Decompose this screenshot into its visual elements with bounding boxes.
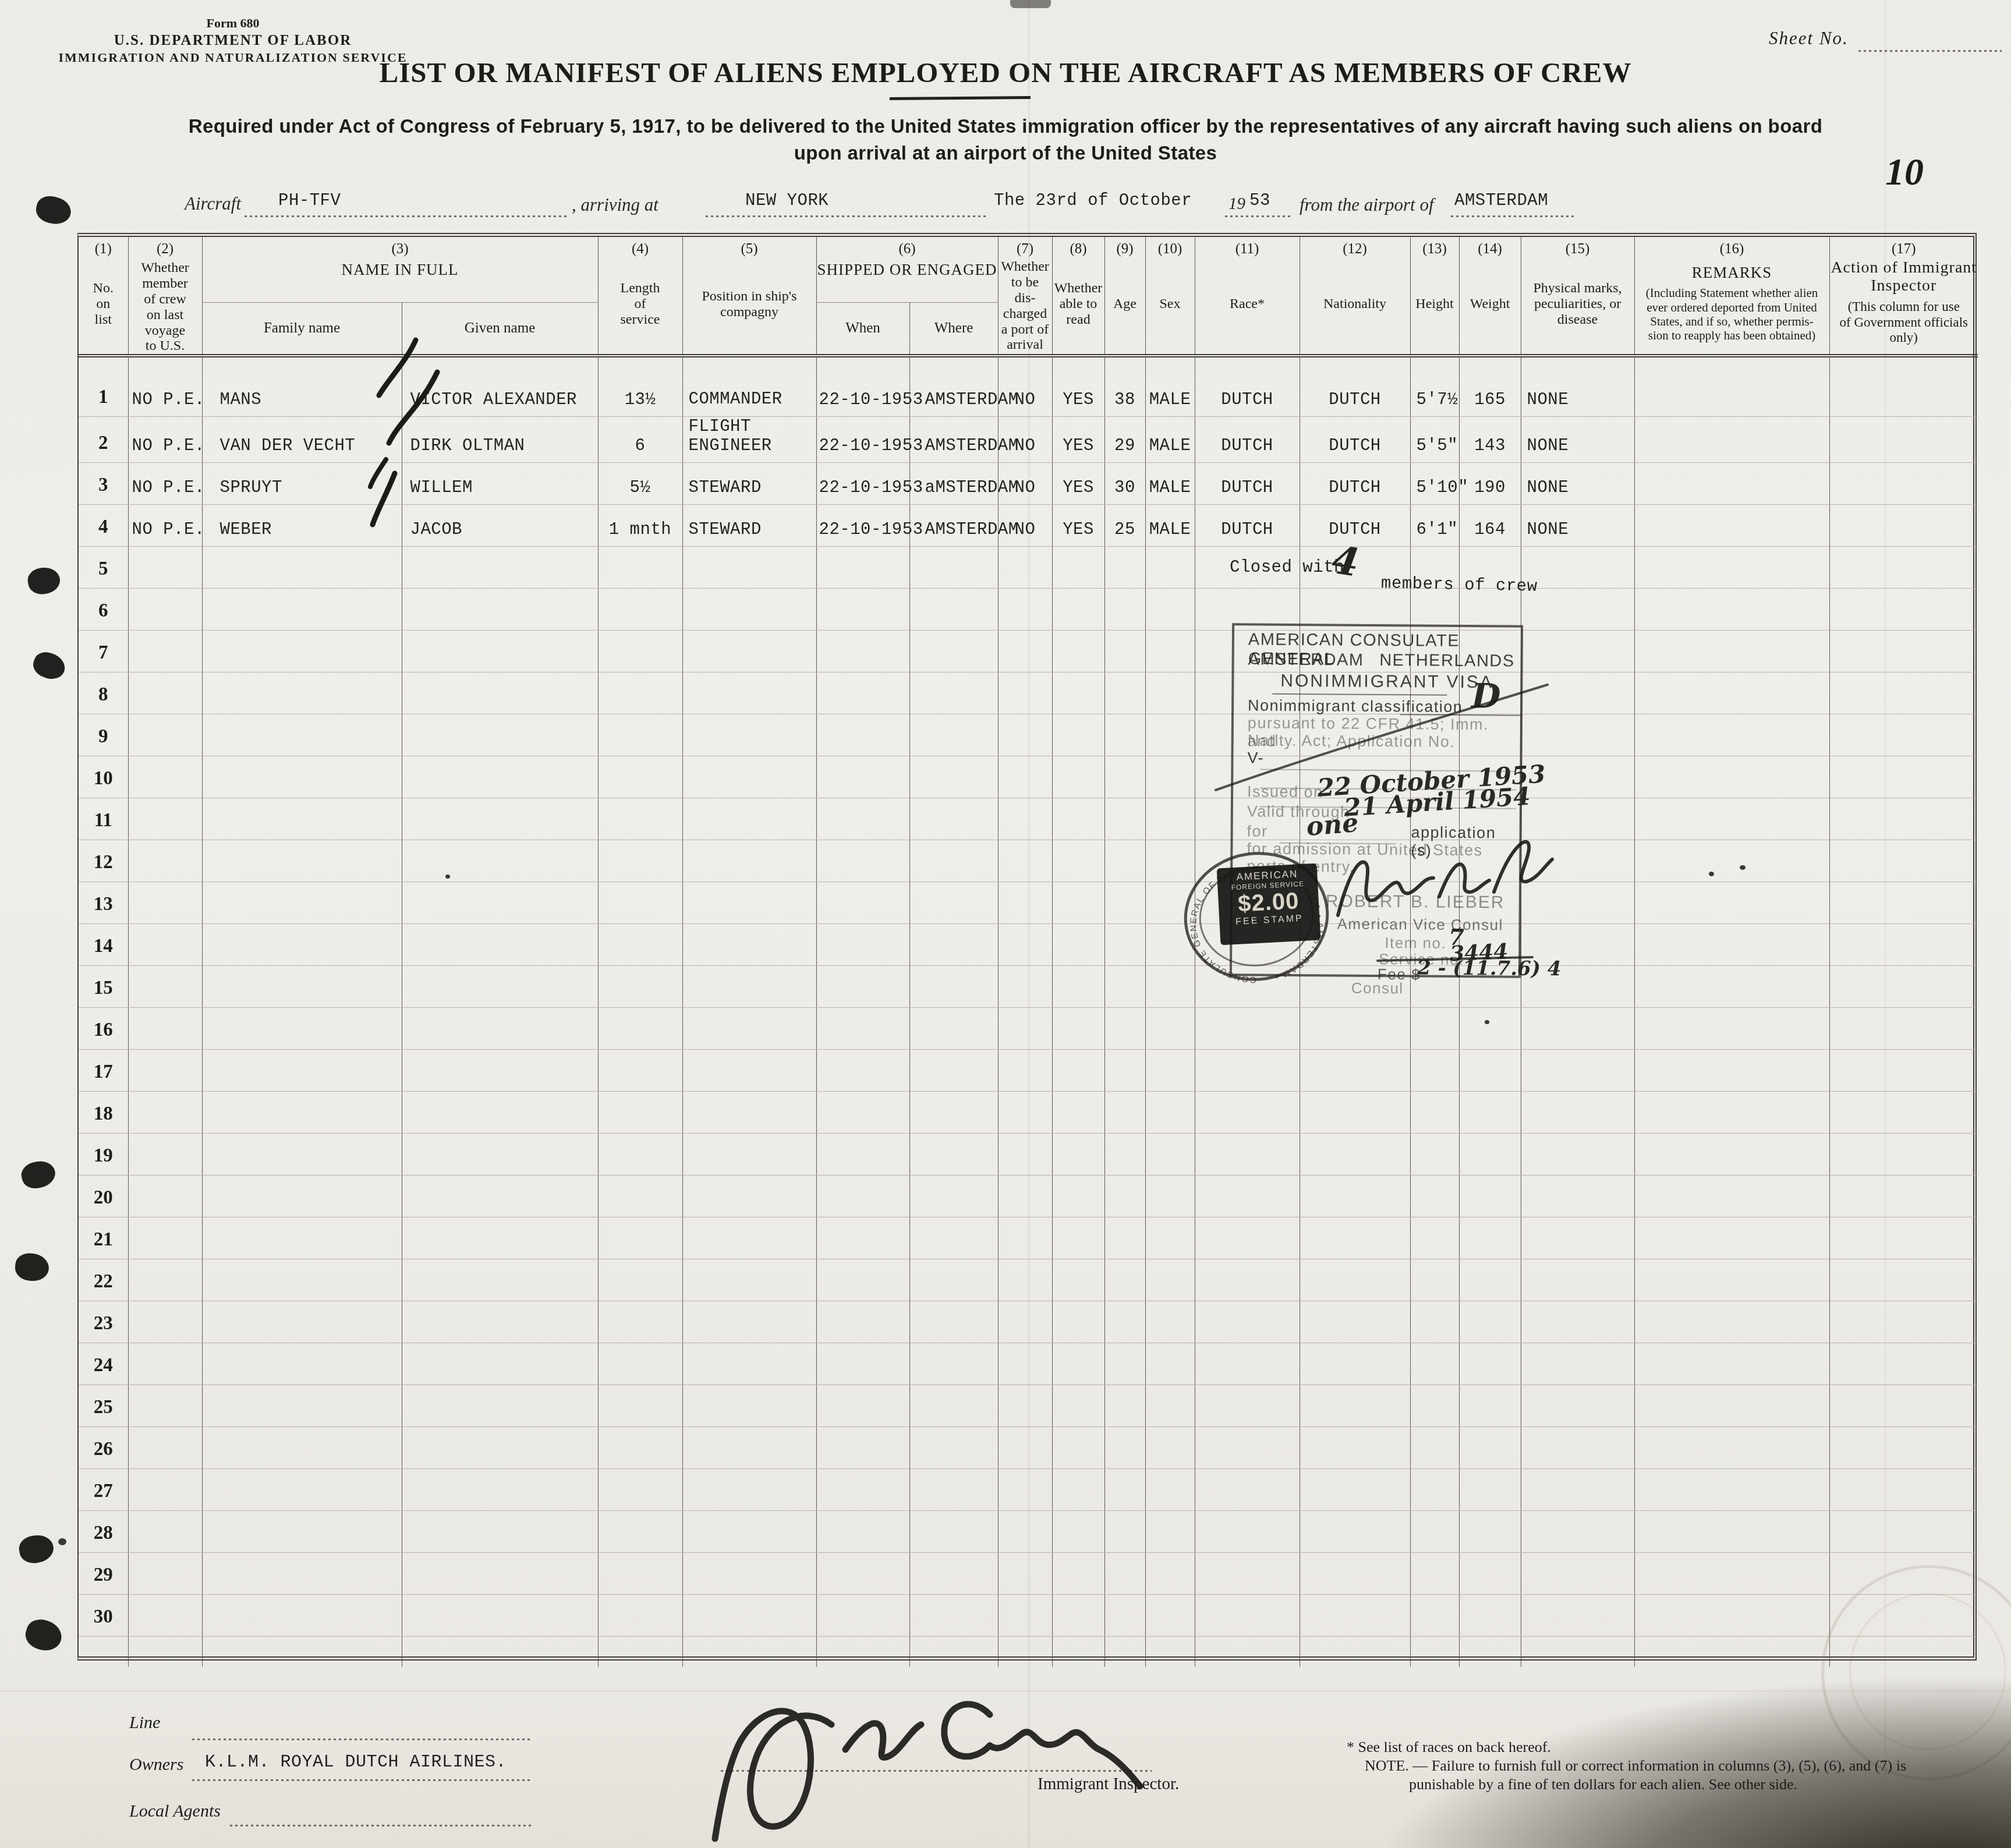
col-header-able-to-read: (8)Whether able to read (1052, 237, 1104, 356)
cell-crew-member (128, 1008, 202, 1050)
cell-inspector-action (1829, 714, 1978, 756)
cell-length-of-service: 13½ (598, 356, 682, 416)
cell-given-name (402, 1511, 598, 1553)
subcol-header-when: When (816, 302, 909, 356)
cell-inspector-action (1829, 1259, 1978, 1301)
cell-race (1195, 1469, 1300, 1511)
col-header-inspector-action: (17)Action of Immigrant Inspector(This c… (1829, 237, 1978, 356)
cell-shipped-where (909, 714, 998, 756)
col-header-nationality: (12)Nationality (1300, 237, 1410, 356)
cell-shipped-where (909, 966, 998, 1008)
cell-inspector-action (1829, 924, 1978, 966)
top-edge-fold-mark (1010, 0, 1051, 8)
cell-given-name: DIRK OLTMAN (402, 416, 598, 463)
cell-given-name (402, 1008, 598, 1050)
cell-physical-marks (1521, 1469, 1634, 1511)
cell-family-name: VAN DER VECHT (202, 416, 402, 463)
col-header-physical-marks: (15)Physical marks, peculiarities, or di… (1521, 237, 1634, 356)
cell-height: 5'10" (1410, 463, 1459, 505)
cell-nationality (1300, 1050, 1410, 1092)
cell-position (682, 547, 816, 589)
visa-type-underline (1272, 693, 1447, 696)
cell-weight: 164 (1459, 505, 1521, 547)
cell-row-number: 17 (79, 1050, 128, 1092)
cell-weight (1459, 1427, 1521, 1469)
cell-able-to-read (1052, 966, 1104, 1008)
cell-row-number: 21 (79, 1217, 128, 1259)
cell-shipped-when (816, 547, 909, 589)
cell-physical-marks (1521, 547, 1634, 589)
col-header-height: (13)Height (1410, 237, 1459, 356)
cell-row-number: 16 (79, 1008, 128, 1050)
cell-crew-member (128, 756, 202, 798)
cell-physical-marks: NONE (1521, 416, 1634, 463)
cell-physical-marks (1521, 631, 1634, 672)
cell-position (682, 1008, 816, 1050)
cell-inspector-action (1829, 631, 1978, 672)
cell-able-to-read (1052, 589, 1104, 631)
cell-shipped-when (816, 631, 909, 672)
cell-weight (1459, 1008, 1521, 1050)
year-prefix: 19 (1228, 194, 1245, 214)
cell-discharged (998, 1176, 1052, 1217)
cell-row-number: 5 (79, 547, 128, 589)
cell-race: DUTCH (1195, 416, 1300, 463)
cell-position (682, 1259, 816, 1301)
cell-nationality (1300, 1427, 1410, 1469)
ink-blob (17, 1532, 55, 1566)
races-footnote: * See list of races on back hereof. (1347, 1739, 1551, 1756)
ink-blob (14, 1252, 51, 1283)
cell-able-to-read (1052, 672, 1104, 714)
cell-height (1410, 1385, 1459, 1427)
cell-remarks (1634, 1134, 1829, 1176)
cell-sex (1145, 1343, 1195, 1385)
cell-age (1104, 756, 1145, 798)
cell-given-name (402, 840, 598, 882)
cell-position: COMMANDER (682, 356, 816, 416)
cell-sex: MALE (1145, 463, 1195, 505)
arrival-port-value: NEW YORK (745, 191, 829, 210)
cell-given-name (402, 882, 598, 924)
cell-height (1410, 1217, 1459, 1259)
cell-remarks (1634, 1092, 1829, 1134)
cell-crew-member (128, 1134, 202, 1176)
cell-shipped-where (909, 1092, 998, 1134)
cell-remarks (1634, 798, 1829, 840)
cell-height (1410, 1511, 1459, 1553)
subtitle-line2: upon arrival at an airport of the United… (0, 142, 2011, 164)
cell-position (682, 714, 816, 756)
cell-weight (1459, 1511, 1521, 1553)
cell-remarks (1634, 714, 1829, 756)
cell-length-of-service (598, 882, 682, 924)
cell-nationality (1300, 1134, 1410, 1176)
visa-city: AMSTERDAM (1248, 650, 1364, 670)
cell-shipped-where (909, 1469, 998, 1511)
cell-discharged (998, 1385, 1052, 1427)
col-header-name-in-full: (3)NAME IN FULL (202, 237, 598, 302)
cell-physical-marks (1521, 1553, 1634, 1595)
visa-item-label: Item no. (1385, 934, 1446, 953)
cell-discharged (998, 1595, 1052, 1637)
cell-sex (1145, 672, 1195, 714)
cell-inspector-action (1829, 1301, 1978, 1343)
cell-shipped-when (816, 1008, 909, 1050)
cell-nationality (1300, 1092, 1410, 1134)
cell-age (1104, 1050, 1145, 1092)
cell-able-to-read: YES (1052, 356, 1104, 416)
cell-inspector-action (1829, 756, 1978, 798)
cell-crew-member: NO P.E. (128, 505, 202, 547)
cell-crew-member (128, 1050, 202, 1092)
cell-position (682, 1301, 816, 1343)
cell-inspector-action (1829, 1343, 1978, 1385)
cell-race (1195, 1092, 1300, 1134)
cell-race (1195, 1176, 1300, 1217)
cell-able-to-read: YES (1052, 505, 1104, 547)
cell-nationality: DUTCH (1300, 416, 1410, 463)
cell-length-of-service (598, 714, 682, 756)
cell-discharged (998, 672, 1052, 714)
cell-remarks (1634, 966, 1829, 1008)
cell-weight (1459, 1385, 1521, 1427)
cell-age (1104, 1427, 1145, 1469)
cell-length-of-service (598, 547, 682, 589)
cell-length-of-service (598, 924, 682, 966)
cell-row-number: 23 (79, 1301, 128, 1343)
cell-crew-member (128, 1301, 202, 1343)
cell-family-name (202, 1259, 402, 1301)
cell-inspector-action (1829, 416, 1978, 463)
cell-length-of-service: 6 (598, 416, 682, 463)
cell-able-to-read (1052, 1008, 1104, 1050)
cell-remarks (1634, 1176, 1829, 1217)
cell-crew-member: NO P.E. (128, 356, 202, 416)
cell-position (682, 1176, 816, 1217)
cell-crew-member (128, 1553, 202, 1595)
sheet-no-line (1858, 50, 2002, 52)
cell-age: 25 (1104, 505, 1145, 547)
cell-row-number: 19 (79, 1134, 128, 1176)
cell-discharged (998, 1092, 1052, 1134)
form-number: Form 680 (55, 15, 410, 31)
ink-blob (26, 565, 62, 596)
ink-speck (1485, 1020, 1489, 1024)
cell-physical-marks (1521, 589, 1634, 631)
cell-length-of-service (598, 798, 682, 840)
cell-crew-member (128, 1385, 202, 1427)
cell-position (682, 1092, 816, 1134)
cell-discharged (998, 1008, 1052, 1050)
cell-shipped-where (909, 1385, 998, 1427)
cell-age (1104, 840, 1145, 882)
cell-crew-member (128, 547, 202, 589)
cell-family-name (202, 1595, 402, 1637)
cell-shipped-where (909, 1134, 998, 1176)
cell-inspector-action (1829, 1092, 1978, 1134)
visa-application-prefix: V- (1247, 749, 1264, 767)
cell-height (1410, 1553, 1459, 1595)
cell-row-number: 2 (79, 416, 128, 463)
cell-sex (1145, 1511, 1195, 1553)
cell-discharged (998, 631, 1052, 672)
owners-dotline (192, 1779, 531, 1781)
origin-airport-value: AMSTERDAM (1454, 191, 1548, 210)
cell-given-name (402, 1301, 598, 1343)
cell-discharged (998, 1301, 1052, 1343)
cell-nationality (1300, 1301, 1410, 1343)
cell-row-number: 13 (79, 882, 128, 924)
aircraft-value: PH-TFV (278, 191, 341, 210)
cell-race (1195, 1217, 1300, 1259)
cell-row-number: 20 (79, 1176, 128, 1217)
cell-shipped-when (816, 1595, 909, 1637)
cell-physical-marks (1521, 1259, 1634, 1301)
cell-height (1410, 1092, 1459, 1134)
cell-family-name (202, 631, 402, 672)
col-header-weight: (14)Weight (1459, 237, 1521, 356)
cell-row-number: 7 (79, 631, 128, 672)
cell-inspector-action (1829, 356, 1978, 416)
cell-age: 38 (1104, 356, 1145, 416)
cell-shipped-where (909, 1595, 998, 1637)
cell-inspector-action (1829, 463, 1978, 505)
cell-weight (1459, 1050, 1521, 1092)
cell-physical-marks (1521, 1134, 1634, 1176)
cell-age (1104, 924, 1145, 966)
cell-sex (1145, 1301, 1195, 1343)
cell-crew-member (128, 1217, 202, 1259)
cell-family-name: SPRUYT (202, 463, 402, 505)
cell-sex (1145, 840, 1195, 882)
cell-able-to-read (1052, 1343, 1104, 1385)
cell-sex (1145, 631, 1195, 672)
cell-remarks (1634, 631, 1829, 672)
cell-sex (1145, 1050, 1195, 1092)
cell-able-to-read (1052, 756, 1104, 798)
cell-remarks (1634, 1595, 1829, 1637)
cell-age (1104, 1595, 1145, 1637)
cell-given-name (402, 798, 598, 840)
fee-stamp-square: AMERICAN FOREIGN SERVICE $2.00 FEE STAMP (1217, 863, 1321, 946)
failure-note-line2: punishable by a fine of ten dollars for … (1409, 1776, 1797, 1793)
col-header-race: (11)Race* (1195, 237, 1300, 356)
cell-discharged (998, 1259, 1052, 1301)
cell-inspector-action (1829, 1511, 1978, 1553)
cell-remarks (1634, 416, 1829, 463)
cell-family-name (202, 1050, 402, 1092)
col-header-position: (5)Position in ship's compagny (682, 237, 816, 356)
cell-able-to-read (1052, 798, 1104, 840)
cell-age (1104, 589, 1145, 631)
cell-given-name (402, 1595, 598, 1637)
cell-age (1104, 1343, 1145, 1385)
cell-height (1410, 1134, 1459, 1176)
cell-age (1104, 1385, 1145, 1427)
cell-age (1104, 1134, 1145, 1176)
cell-row-number: 22 (79, 1259, 128, 1301)
cell-race (1195, 1511, 1300, 1553)
cell-nationality (1300, 1511, 1410, 1553)
ink-blob (19, 1158, 58, 1192)
visa-country: NETHERLANDS (1379, 651, 1515, 671)
cell-physical-marks (1521, 1217, 1634, 1259)
cell-row-number: 18 (79, 1092, 128, 1134)
cell-physical-marks (1521, 714, 1634, 756)
cell-weight (1459, 1176, 1521, 1217)
cell-given-name (402, 1553, 598, 1595)
cell-shipped-when: 22-10-1953 (816, 463, 909, 505)
cell-race (1195, 1050, 1300, 1092)
cell-inspector-action (1829, 505, 1978, 547)
arriving-at-label: , arriving at (572, 194, 658, 215)
cell-shipped-when (816, 966, 909, 1008)
cell-length-of-service (598, 1385, 682, 1427)
visa-issued-label: Issued on (1247, 783, 1323, 801)
cell-physical-marks (1521, 1301, 1634, 1343)
cell-row-number: 11 (79, 798, 128, 840)
cell-physical-marks (1521, 1427, 1634, 1469)
year-value: 53 (1249, 191, 1270, 210)
cell-height: 5'7½ (1410, 356, 1459, 416)
cell-able-to-read (1052, 1595, 1104, 1637)
cell-family-name (202, 1469, 402, 1511)
cell-family-name (202, 966, 402, 1008)
cell-length-of-service (598, 1595, 682, 1637)
col-header-age: (9)Age (1104, 237, 1145, 356)
cell-position (682, 1385, 816, 1427)
cell-position (682, 631, 816, 672)
cell-age (1104, 714, 1145, 756)
cell-given-name (402, 1217, 598, 1259)
cell-family-name: WEBER (202, 505, 402, 547)
cell-shipped-where (909, 1553, 998, 1595)
cell-remarks (1634, 1427, 1829, 1469)
cell-remarks (1634, 505, 1829, 547)
cell-discharged (998, 589, 1052, 631)
sheet-no-label: Sheet No. (1769, 28, 1849, 49)
cell-able-to-read (1052, 1050, 1104, 1092)
cell-shipped-where (909, 882, 998, 924)
cell-inspector-action (1829, 672, 1978, 714)
cell-discharged (998, 714, 1052, 756)
cell-age (1104, 882, 1145, 924)
cell-given-name (402, 1050, 598, 1092)
cell-age (1104, 798, 1145, 840)
cell-inspector-action (1829, 966, 1978, 1008)
cell-age (1104, 966, 1145, 1008)
cell-age: 29 (1104, 416, 1145, 463)
cell-remarks (1634, 1343, 1829, 1385)
cell-race (1195, 1301, 1300, 1343)
cell-height (1410, 1008, 1459, 1050)
cell-able-to-read (1052, 882, 1104, 924)
cell-row-number: 30 (79, 1595, 128, 1637)
cell-row-number: 29 (79, 1553, 128, 1595)
cell-shipped-where (909, 1217, 998, 1259)
cell-physical-marks (1521, 798, 1634, 840)
cell-sex (1145, 1259, 1195, 1301)
cell-physical-marks (1521, 1511, 1634, 1553)
cell-able-to-read (1052, 714, 1104, 756)
cell-position (682, 1553, 816, 1595)
port-line (706, 215, 988, 217)
cell-remarks (1634, 1050, 1829, 1092)
cell-discharged (998, 1427, 1052, 1469)
cell-row-number: 25 (79, 1385, 128, 1427)
cell-nationality: DUTCH (1300, 463, 1410, 505)
cell-age (1104, 1553, 1145, 1595)
crew-manifest-document: Form 680 U.S. DEPARTMENT OF LABOR IMMIGR… (0, 0, 2011, 1848)
col-header-no-on-list: (1)No. on list (79, 237, 128, 356)
cell-physical-marks (1521, 840, 1634, 882)
cell-row-number: 24 (79, 1343, 128, 1385)
cell-shipped-when (816, 1301, 909, 1343)
cell-discharged (998, 840, 1052, 882)
cell-sex (1145, 798, 1195, 840)
cell-position (682, 840, 816, 882)
cell-position (682, 1595, 816, 1637)
cell-sex (1145, 1385, 1195, 1427)
cell-crew-member (128, 672, 202, 714)
document-title: LIST OR MANIFEST OF ALIENS EMPLOYED ON T… (0, 56, 2011, 89)
cell-shipped-when (816, 1134, 909, 1176)
cell-remarks (1634, 1385, 1829, 1427)
closing-prefix: Closed with (1230, 558, 1344, 577)
cell-given-name (402, 1469, 598, 1511)
cell-given-name (402, 589, 598, 631)
cell-length-of-service (598, 1553, 682, 1595)
cell-crew-member (128, 1511, 202, 1553)
cell-shipped-when (816, 1553, 909, 1595)
cell-weight (1459, 1301, 1521, 1343)
cell-age (1104, 1469, 1145, 1511)
cell-remarks (1634, 1469, 1829, 1511)
cell-discharged (998, 798, 1052, 840)
cell-height (1410, 1595, 1459, 1637)
local-agents-label: Local Agents (129, 1801, 221, 1821)
cell-nationality (1300, 1385, 1410, 1427)
cell-age (1104, 1217, 1145, 1259)
inspector-signature-line (721, 1770, 1152, 1772)
cell-length-of-service: 5½ (598, 463, 682, 505)
cell-height: 5'5" (1410, 416, 1459, 463)
cell-family-name (202, 1176, 402, 1217)
owners-label: Owners (129, 1755, 183, 1775)
cell-crew-member (128, 1469, 202, 1511)
ink-speck (58, 1538, 66, 1545)
cell-crew-member (128, 714, 202, 756)
cell-inspector-action (1829, 589, 1978, 631)
visa-class-value-handwritten: D (1471, 676, 1501, 716)
cell-age (1104, 672, 1145, 714)
cell-able-to-read (1052, 1385, 1104, 1427)
cell-family-name (202, 1385, 402, 1427)
cell-inspector-action (1829, 547, 1978, 589)
cell-shipped-when (816, 1385, 909, 1427)
cell-sex (1145, 924, 1195, 966)
cell-sex: MALE (1145, 416, 1195, 463)
cell-nationality (1300, 1595, 1410, 1637)
cell-race (1195, 1427, 1300, 1469)
cell-length-of-service (598, 1176, 682, 1217)
cell-age (1104, 547, 1145, 589)
cell-shipped-where (909, 1301, 998, 1343)
cell-discharged (998, 1217, 1052, 1259)
cell-remarks (1634, 924, 1829, 966)
cell-remarks (1634, 589, 1829, 631)
